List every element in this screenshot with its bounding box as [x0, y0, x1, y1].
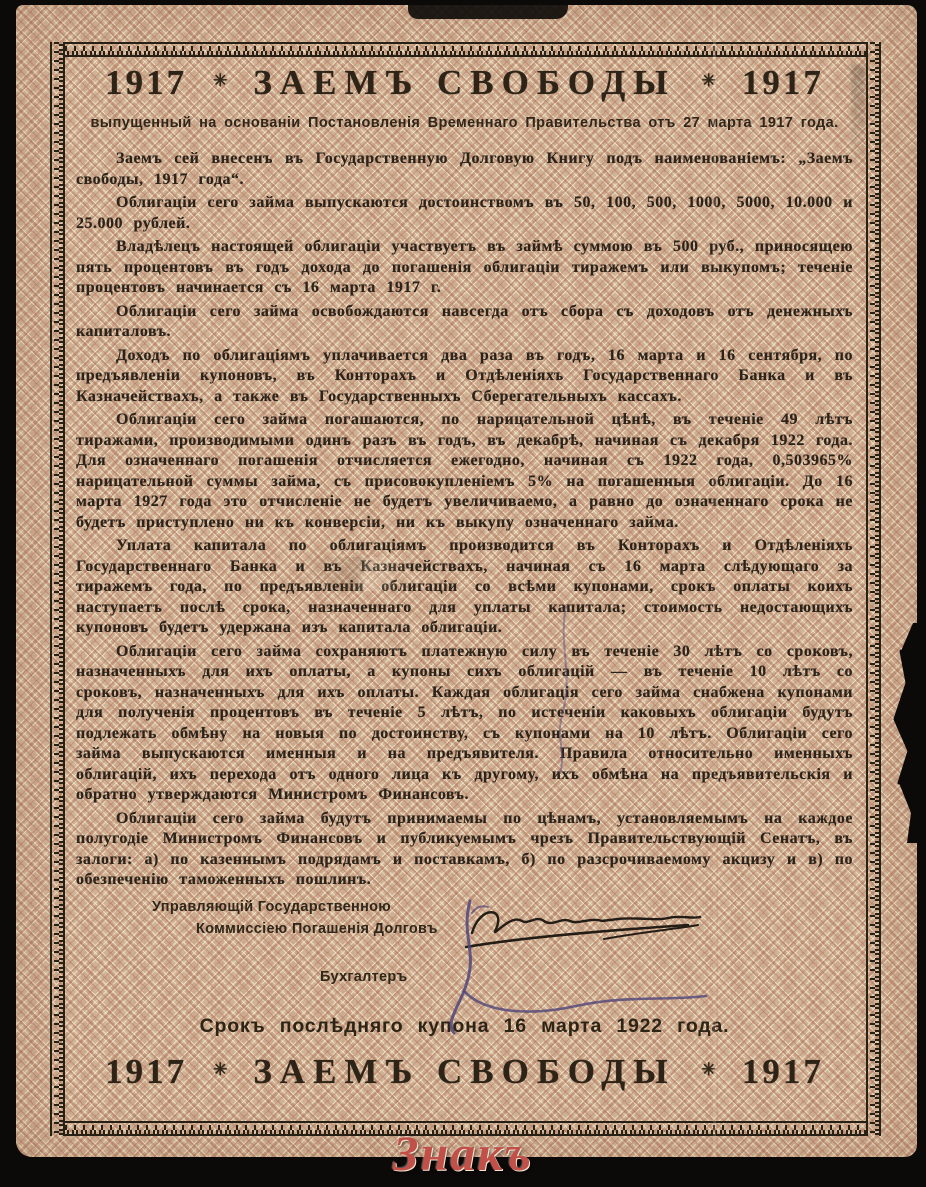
paragraph-tax-exemption: Облигаціи сего займа освобождаются навсе…	[76, 302, 853, 343]
paragraph-denominations: Облигаціи сего займа выпускаются достоин…	[76, 193, 853, 234]
paragraph-redemption-terms: Облигаціи сего займа погашаются, по нари…	[76, 410, 853, 533]
meander-border-left	[50, 42, 65, 1136]
footer-year-right: 1917	[742, 1052, 824, 1092]
rosette-icon: ✳	[213, 1060, 227, 1080]
header-year-right: 1917	[742, 63, 824, 103]
rosette-icon: ✳	[702, 71, 716, 91]
paragraph-capital-payment: Уплата капитала по облигаціямъ производи…	[76, 536, 853, 639]
paper-tear-right-edge	[877, 623, 917, 843]
bond-text-area: 1917 ✳ ЗАЕМЪ СВОБОДЫ ✳ 1917 выпущенный н…	[76, 63, 853, 1117]
paragraph-validity-and-coupons: Облигаціи сего займа сохраняютъ платежну…	[76, 642, 853, 806]
accountant-label: Бухгалтеръ	[320, 969, 853, 985]
last-coupon-line: Срокъ послѣдняго купона 16 марта 1922 го…	[76, 1015, 853, 1038]
footer-year-left: 1917	[105, 1052, 187, 1092]
footer-title: 1917 ✳ ЗАЕМЪ СВОБОДЫ ✳ 1917	[76, 1052, 853, 1092]
header-year-left: 1917	[105, 63, 187, 103]
meander-border-top	[65, 42, 866, 57]
footer-title-text: ЗАЕМЪ СВОБОДЫ	[253, 1052, 675, 1092]
meander-border-right	[866, 42, 881, 1136]
paragraph-income-payment: Доходъ по облигаціямъ уплачивается два р…	[76, 346, 853, 408]
manager-title-line2: Коммиссіею Погашенія Долговъ	[196, 921, 853, 937]
signature-block: Управляющій Государственною Коммиссіею П…	[76, 899, 853, 1011]
rosette-icon: ✳	[702, 1060, 716, 1080]
header-title: 1917 ✳ ЗАЕМЪ СВОБОДЫ ✳ 1917	[76, 63, 853, 103]
meander-border-bottom	[65, 1121, 866, 1136]
manager-title-line1: Управляющій Государственною	[152, 899, 853, 915]
paragraph-holder-participation: Владѣлецъ настоящей облигаціи участвуетъ…	[76, 237, 853, 299]
header-subtitle: выпущенный на основаніи Постановленія Вр…	[76, 115, 853, 131]
rosette-icon: ✳	[213, 71, 227, 91]
header-title-text: ЗАЕМЪ СВОБОДЫ	[253, 63, 675, 103]
paragraph-pledge-rules: Облигаціи сего займа будутъ принимаемы п…	[76, 809, 853, 891]
header: 1917 ✳ ЗАЕМЪ СВОБОДЫ ✳ 1917 выпущенный н…	[76, 63, 853, 131]
ink-stain-top-edge	[408, 5, 568, 19]
paragraph-loan-registered: Заемъ сей внесенъ въ Государственную Дол…	[76, 149, 853, 190]
terms-text: Заемъ сей внесенъ въ Государственную Дол…	[76, 149, 853, 891]
bond-paper: 1917 ✳ ЗАЕМЪ СВОБОДЫ ✳ 1917 выпущенный н…	[16, 5, 917, 1157]
